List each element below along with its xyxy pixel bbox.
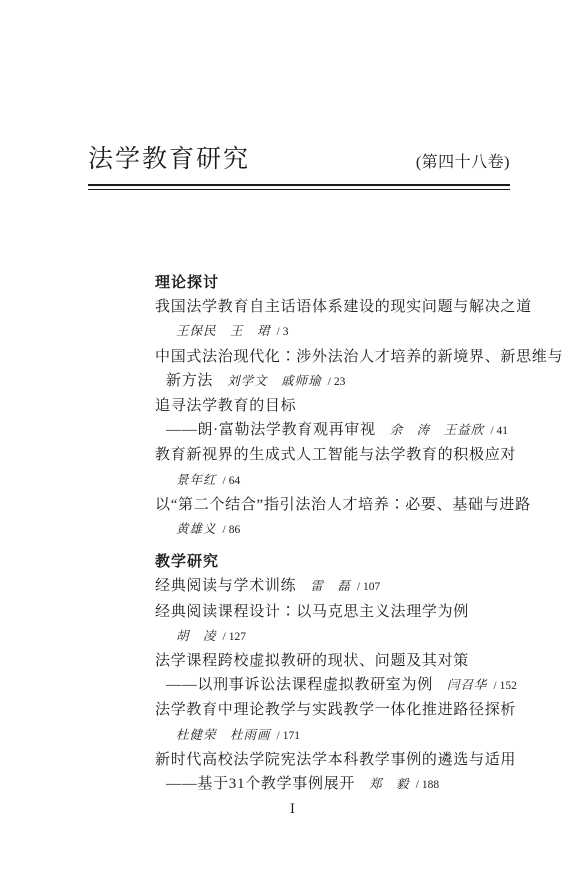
page-ref: /171 <box>277 730 300 742</box>
author-names: 杜健荣 杜雨画 <box>176 728 271 742</box>
toc-title-line: 新时代高校法学院宪法学本科教学事例的遴选与适用 <box>155 748 515 772</box>
author-names: 郑 毅 <box>369 777 410 791</box>
author-names: 刘学文 戚师瑜 <box>227 374 322 388</box>
toc-title-continuation-line: 新方法刘学文 戚师瑜/23 <box>155 369 515 394</box>
toc-title-line: 法学教育中理论教学与实践教学一体化推进路径探析 <box>155 698 515 722</box>
page-number-ref: 127 <box>229 631 246 643</box>
article-title: 以“第二个结合”指引法治人才培养∶必要、基础与进路 <box>155 497 531 513</box>
page-number-ref: 41 <box>497 425 509 437</box>
toc-authors-line: 景年红/64 <box>155 468 515 493</box>
author-names: 雷 磊 <box>310 579 351 593</box>
page-separator: / <box>416 779 419 791</box>
page-separator: / <box>223 631 226 643</box>
article-title: 法学教育中理论教学与实践教学一体化推进路径探析 <box>155 702 516 718</box>
author-names: 黄雄义 <box>176 522 217 536</box>
journal-header: 法学教育研究 (第四十八卷) <box>88 143 510 190</box>
page-number-ref: 152 <box>500 680 517 692</box>
page-separator: / <box>490 425 493 437</box>
toc-authors-line: 黄雄义/86 <box>155 517 515 542</box>
page-ref: /23 <box>328 376 346 388</box>
toc-section: 理论探讨我国法学教育自主话语体系建设的现实问题与解决之道王保民 王 珺/3中国式… <box>155 272 515 542</box>
toc-authors-line: 胡 凌/127 <box>155 624 515 649</box>
toc-title-line: 法学课程跨校虚拟教研的现状、问题及其对策 <box>155 649 515 673</box>
title-continuation: 新方法 <box>166 373 213 389</box>
toc-title-line: 以“第二个结合”指引法治人才培养∶必要、基础与进路 <box>155 493 515 517</box>
toc-page: 法学教育研究 (第四十八卷) 理论探讨我国法学教育自主话语体系建设的现实问题与解… <box>0 0 585 869</box>
page-ref: /3 <box>277 326 289 338</box>
page-ref: /86 <box>223 524 241 536</box>
article-title: 我国法学教育自主话语体系建设的现实问题与解决之道 <box>155 299 532 315</box>
toc-title-line: 教育新视界的生成式人工智能与法学教育的积极应对 <box>155 443 515 467</box>
page-number-ref: 86 <box>229 524 241 536</box>
page-separator: / <box>277 326 280 338</box>
page-number-ref: 188 <box>422 779 439 791</box>
toc-authors-line: 王保民 王 珺/3 <box>155 319 515 344</box>
toc-subtitle-line: ——基于31个教学事例展开郑 毅/188 <box>155 772 515 797</box>
article-subtitle: ——朗·富勒法学教育观再审视 <box>166 422 376 438</box>
article-title: 法学课程跨校虚拟教研的现状、问题及其对策 <box>155 653 469 669</box>
article-title: 追寻法学教育的目标 <box>155 398 296 414</box>
page-ref: /41 <box>490 425 508 437</box>
toc-body: 理论探讨我国法学教育自主话语体系建设的现实问题与解决之道王保民 王 珺/3中国式… <box>155 272 515 797</box>
page-number-ref: 3 <box>283 326 289 338</box>
header-double-rule <box>88 184 510 190</box>
page-number-ref: 107 <box>363 581 380 593</box>
page-number: Ⅰ <box>290 802 295 817</box>
toc-title-line: 追寻法学教育的目标 <box>155 394 515 418</box>
toc-subtitle-line: ——朗·富勒法学教育观再审视余 涛 王益欣/41 <box>155 418 515 443</box>
author-names: 景年红 <box>176 473 217 487</box>
author-names: 余 涛 王益欣 <box>390 423 485 437</box>
page-separator: / <box>493 680 496 692</box>
page-separator: / <box>328 376 331 388</box>
author-names: 闫召华 <box>447 678 488 692</box>
section-heading: 理论探讨 <box>155 272 515 295</box>
article-title: 经典阅读与学术训练 <box>155 578 296 594</box>
article-title: 教育新视界的生成式人工智能与法学教育的积极应对 <box>155 447 516 463</box>
toc-title-line: 中国式法治现代化∶涉外法治人才培养的新境界、新思维与 <box>155 345 515 369</box>
page-separator: / <box>223 475 226 487</box>
page-ref: /127 <box>223 631 246 643</box>
article-subtitle: ——以刑事诉讼法课程虚拟教研室为例 <box>166 677 433 693</box>
page-ref: /64 <box>223 475 241 487</box>
author-names: 胡 凌 <box>176 629 217 643</box>
page-number-ref: 23 <box>334 376 346 388</box>
page-separator: / <box>357 581 360 593</box>
article-subtitle: ——基于31个教学事例展开 <box>166 776 355 792</box>
page-ref: /107 <box>357 581 380 593</box>
page-number-ref: 64 <box>229 475 241 487</box>
page-separator: / <box>277 730 280 742</box>
article-title: 中国式法治现代化∶涉外法治人才培养的新境界、新思维与 <box>155 349 563 365</box>
page-separator: / <box>223 524 226 536</box>
page-ref: /188 <box>416 779 439 791</box>
article-title: 经典阅读课程设计∶以马克思主义法理学为例 <box>155 604 469 620</box>
toc-authors-line: 杜健荣 杜雨画/171 <box>155 723 515 748</box>
toc-title-line: 经典阅读课程设计∶以马克思主义法理学为例 <box>155 600 515 624</box>
article-title: 新时代高校法学院宪法学本科教学事例的遴选与适用 <box>155 752 516 768</box>
page-footer: Ⅰ <box>0 800 585 818</box>
journal-title: 法学教育研究 <box>88 143 250 177</box>
toc-title-line: 我国法学教育自主话语体系建设的现实问题与解决之道 <box>155 295 515 319</box>
toc-title-line: 经典阅读与学术训练雷 磊/107 <box>155 574 515 599</box>
toc-subtitle-line: ——以刑事诉讼法课程虚拟教研室为例闫召华/152 <box>155 673 515 698</box>
journal-header-row: 法学教育研究 (第四十八卷) <box>88 143 510 180</box>
page-ref: /152 <box>493 680 516 692</box>
toc-section: 教学研究经典阅读与学术训练雷 磊/107经典阅读课程设计∶以马克思主义法理学为例… <box>155 551 515 797</box>
volume-label: (第四十八卷) <box>416 146 510 180</box>
page-number-ref: 171 <box>283 730 300 742</box>
section-heading: 教学研究 <box>155 551 515 574</box>
author-names: 王保民 王 珺 <box>176 324 271 338</box>
